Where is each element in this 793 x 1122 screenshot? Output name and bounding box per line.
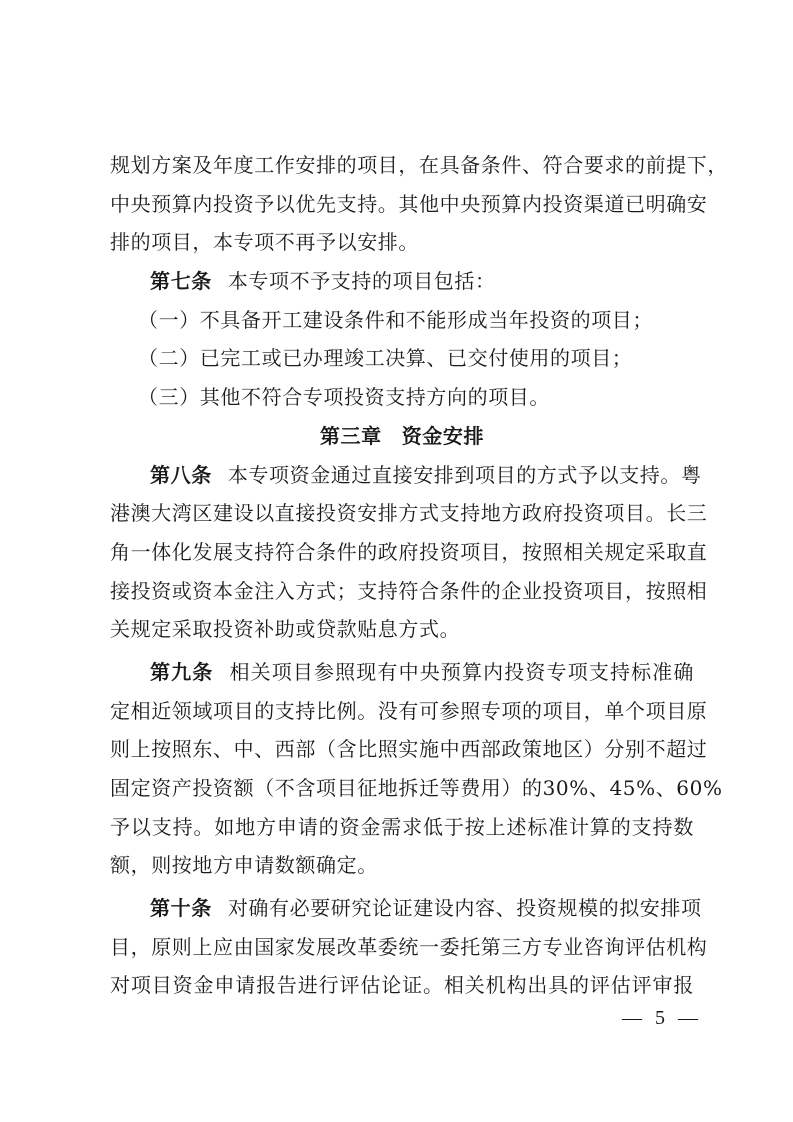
article-heading: 第十条 bbox=[150, 896, 212, 920]
list-item: （一）不具备开工建设条件和不能形成当年投资的项目； bbox=[110, 301, 694, 340]
paragraph-line: 港澳大湾区建设以直接投资安排方式支持地方政府投资项目。长三 bbox=[110, 494, 694, 533]
article-7: 第七条本专项不予支持的项目包括： bbox=[110, 262, 694, 301]
paragraph-line: 排的项目，本专项不再予以安排。 bbox=[110, 223, 694, 262]
article-text: 本专项不予支持的项目包括： bbox=[228, 269, 496, 293]
article-heading: 第七条 bbox=[150, 269, 212, 293]
article-heading: 第八条 bbox=[150, 463, 212, 487]
list-item: （二）已完工或已办理竣工决算、已交付使用的项目； bbox=[110, 339, 694, 378]
paragraph-line: 则上按照东、中、西部（含比照实施中西部政策地区）分别不超过 bbox=[110, 730, 694, 769]
paragraph-line: 对项目资金申请报告进行评估论证。相关机构出具的评估评审报 bbox=[110, 966, 694, 1005]
paragraph-line: 角一体化发展支持符合条件的政府投资项目，按照相关规定采取直 bbox=[110, 533, 694, 572]
page-number: — 5 — bbox=[622, 1007, 702, 1030]
paragraph-line: 目，原则上应由国家发展改革委统一委托第三方专业咨询评估机构 bbox=[110, 928, 694, 967]
document-body: 规划方案及年度工作安排的项目，在具备条件、符合要求的前提下， 中央预算内投资予以… bbox=[110, 146, 694, 1005]
paragraph-line: 额，则按地方申请数额确定。 bbox=[110, 846, 694, 885]
paragraph-line: 接投资或资本金注入方式；支持符合条件的企业投资项目，按照相 bbox=[110, 572, 694, 611]
list-item: （三）其他不符合专项投资支持方向的项目。 bbox=[110, 378, 694, 417]
chapter-name: 资金安排 bbox=[402, 424, 484, 448]
paragraph-line: 予以支持。如地方申请的资金需求低于按上述标准计算的支持数 bbox=[110, 808, 694, 847]
article-text: 本专项资金通过直接安排到项目的方式予以支持。粤 bbox=[228, 463, 702, 487]
paragraph-line: 中央预算内投资予以优先支持。其他中央预算内投资渠道已明确安 bbox=[110, 185, 694, 224]
article-10: 第十条对确有必要研究论证建设内容、投资规模的拟安排项 bbox=[110, 889, 694, 928]
paragraph-line: 定相近领域项目的支持比例。没有可参照专项的项目，单个项目原 bbox=[110, 692, 694, 731]
article-text: 对确有必要研究论证建设内容、投资规模的拟安排项 bbox=[228, 896, 702, 920]
article-8: 第八条本专项资金通过直接安排到项目的方式予以支持。粤 bbox=[110, 456, 694, 495]
paragraph-line: 规划方案及年度工作安排的项目，在具备条件、符合要求的前提下， bbox=[110, 146, 694, 185]
chapter-title: 第三章资金安排 bbox=[110, 417, 694, 456]
paragraph-line: 关规定采取投资补助或贷款贴息方式。 bbox=[110, 610, 694, 649]
article-heading: 第九条 bbox=[150, 660, 213, 684]
article-9: 第九条相关项目参照现有中央预算内投资专项支持标准确 bbox=[110, 653, 694, 692]
article-text: 相关项目参照现有中央预算内投资专项支持标准确 bbox=[229, 660, 694, 684]
paragraph-line: 固定资产投资额（不含项目征地拆迁等费用）的30%、45%、60% bbox=[110, 769, 694, 808]
chapter-number: 第三章 bbox=[320, 424, 382, 448]
